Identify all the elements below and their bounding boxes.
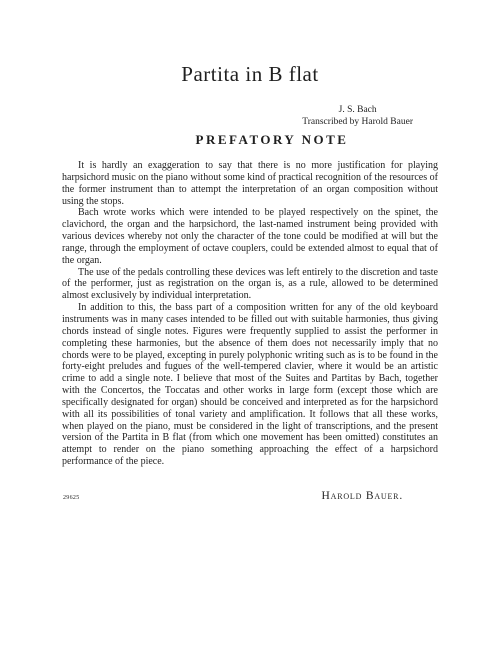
prefatory-paragraph: Bach wrote works which were intended to … xyxy=(62,207,438,266)
signature: Harold Bauer. xyxy=(322,490,403,502)
section-heading: PREFATORY NOTE xyxy=(22,132,500,148)
plate-number: 29625 xyxy=(63,495,80,501)
prefatory-note-page: Partita in B flat J. S. Bach Transcribed… xyxy=(0,0,500,667)
page-title: Partita in B flat xyxy=(0,62,500,87)
byline: J. S. Bach Transcribed by Harold Bauer xyxy=(302,105,413,128)
prefatory-note-body: It is hardly an exaggeration to say that… xyxy=(62,160,438,468)
transcriber-credit: Transcribed by Harold Bauer xyxy=(302,117,413,129)
prefatory-paragraph: The use of the pedals controlling these … xyxy=(62,267,438,303)
composer-name: J. S. Bach xyxy=(302,105,413,117)
prefatory-paragraph: In addition to this, the bass part of a … xyxy=(62,302,438,468)
prefatory-paragraph: It is hardly an exaggeration to say that… xyxy=(62,160,438,207)
